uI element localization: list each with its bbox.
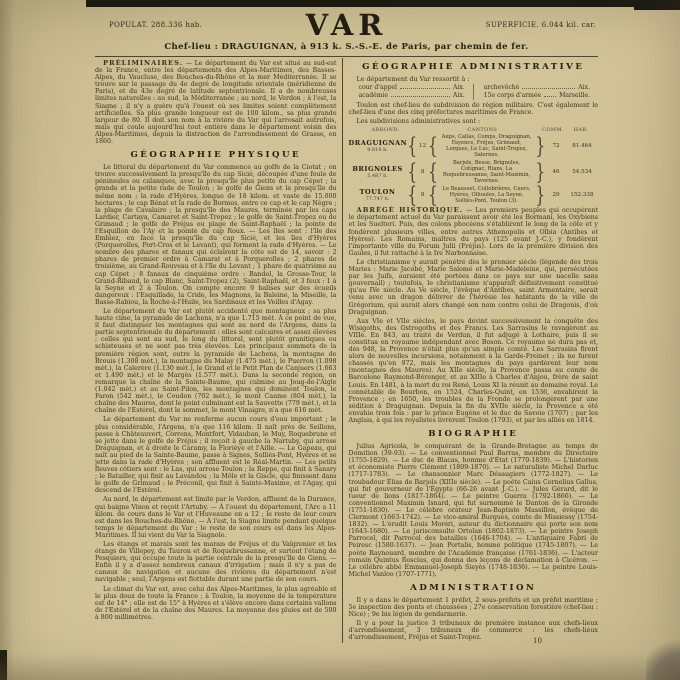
communes-count: 72 [546,143,566,149]
right-column: GÉOGRAPHIE ADMINISTRATIVE Le département… [342,58,598,643]
scan-artifact-top-strip [86,0,680,7]
brace-glyph: } [534,161,546,184]
arrondissement-pop: 9.816 h. [349,147,407,153]
preliminaires-paragraph: PRÉLIMINAIRES. — Le département du Var e… [95,60,337,145]
paragraph-etangs: Les étangs et marais sont les marais de … [95,541,337,584]
arrondissement-pop: 77.747 h. [349,196,407,202]
subdivisions-table-header: ARROND. CANTONS COMM. HAB. [349,127,598,133]
ressortit-label: 15e corps d'armée [484,92,541,100]
ressortit-value: Aix. [453,92,465,100]
habitants-count: 54.534 [566,169,598,175]
ressortit-row: 15e corps d'arméeMarseille. [484,92,590,100]
section-heading-geographie-administrative: GÉOGRAPHIE ADMINISTRATIVE [349,62,598,72]
toulon-note: Toulon est chef-lieu de subdivision de r… [349,102,598,116]
ressortit-label: cour d'appel [359,84,397,92]
header-comm: COMM. [542,127,564,133]
ressortit-value: Aix. [578,84,590,92]
superficie-label: SUPERFICIE. 6.044 kil. car. [486,21,596,29]
header-hab: HAB. [564,127,598,133]
paragraph-climat: Le climat du Var est, avec celui des Alp… [95,586,337,621]
scanned-page-photo: POPULAT. 288.336 hab. SUPERFICIE. 6.044 … [0,0,680,680]
ressortit-intro: Le département du Var ressortit à : [349,76,598,83]
arrondissement-name: BRIGNOLES5.487 h. [349,165,407,179]
section-heading-geographie-physique: GÉOGRAPHIE PHYSIQUE [95,150,337,160]
habitants-count: 152.338 [566,192,598,198]
brace-glyph: { [427,184,439,207]
abrege-paragraph-1: ABRÉGÉ HISTORIQUE. — Les premiers peuple… [349,207,598,257]
cantons-list: Aups, Callas, Comps, Draguignan, Fayence… [439,134,535,158]
cantons-count: 12 [418,143,427,149]
brace-glyph: { [407,184,419,207]
paragraph-cours-eau: Le département du Var ne renferme aucun … [95,416,337,494]
arrondissement-name: TOULON77.747 h. [349,188,407,202]
subdivisions-intro: Les subdivisions administratives sont : [349,118,598,125]
arrondissement-pop: 5.487 h. [349,173,407,179]
preliminaires-heading: PRÉLIMINAIRES. [103,59,183,67]
brace-glyph: { [427,135,439,158]
ressortit-value: Marseille. [559,92,590,100]
header-rule [95,56,598,57]
cantons-list: Le Beausset, Collobrières, Cuers, Hyères… [439,186,535,204]
ressortit-label: archevêché [484,84,519,92]
habitants-count: 81.464 [566,143,598,149]
preliminaires-text: — Le département du Var est situé au sud… [95,60,337,145]
brace-glyph: { [407,161,419,184]
brace-glyph: } [534,135,546,158]
section-heading-biographie: BIOGRAPHIE [349,429,598,439]
table-row: BRIGNOLES5.487 h. { 8 { Barjols, Besse, … [349,160,598,184]
left-column: PRÉLIMINAIRES. — Le département du Var e… [95,58,342,643]
arrondissement-name: DRAGUIGNAN9.816 h. [349,139,407,153]
ressortit-row: cour d'appelAix. [359,84,465,92]
ressortit-row: archevêchéAix. [484,84,590,92]
ressortit-right-col: archevêchéAix. 15e corps d'arméeMarseill… [473,84,598,100]
table-row: TOULON77.747 h. { 8 { Le Beausset, Collo… [349,186,598,204]
ressortit-left-col: cour d'appelAix. académieAix. [349,84,473,100]
abrege-paragraph-3: Aux VIe et VIIe siècles, le pays devint … [349,318,598,424]
subdivisions-table: ARROND. CANTONS COMM. HAB. DRAGUIGNAN9.8… [349,127,598,204]
communes-count: 46 [546,169,566,175]
section-heading-administration: ADMINISTRATION [349,583,598,593]
brace-glyph: { [407,135,419,158]
ressortit-label: académie [359,92,389,100]
paragraph-littoral: Le littoral du département du Var commen… [95,164,337,306]
paragraph-montagnes: Le département du Var est plutôt acciden… [95,308,337,414]
paragraph-bassins-voisins: Au nord, le département est limité par l… [95,496,337,539]
scan-shadow-left [0,0,14,680]
abrege-paragraph-2: Le christianisme y aurait pénétré dès le… [349,259,598,316]
brace-glyph: { [427,161,439,184]
brace-glyph: } [534,184,546,207]
dotted-leader [522,88,575,89]
dotted-leader [544,96,556,97]
page-number: 10 [533,637,542,645]
cantons-list: Barjols, Besse, Brignoles, Cotignac, Ria… [439,160,535,184]
header-cantons: CANTONS [423,127,542,133]
document-page: POPULAT. 288.336 hab. SUPERFICIE. 6.044 … [95,10,598,660]
biographie-paragraph: Julius Agricola, le conquérant de la Gra… [349,443,598,578]
scan-artifact-top-right [634,0,680,10]
dotted-leader [400,88,450,89]
abrege-text-1: — Les premiers peuples qui occupèrent le… [349,207,598,257]
table-row: DRAGUIGNAN9.816 h. { 12 { Aups, Callas, … [349,134,598,158]
ressortit-value: Aix. [453,84,465,92]
cantons-count: 8 [418,169,427,175]
administration-paragraph-1: Il y a dans le département 1 préfet, 2 s… [349,597,598,618]
dotted-leader [391,96,450,97]
ressortit-table: cour d'appelAix. académieAix. archevêché… [349,84,598,100]
two-column-layout: PRÉLIMINAIRES. — Le département du Var e… [95,58,598,643]
ressortit-row: académieAix. [359,92,465,100]
cantons-count: 8 [418,192,427,198]
administration-paragraph-2: Il y a pour la justice 3 tribunaux de pr… [349,620,598,641]
population-label: POPULAT. 288.336 hab. [109,21,202,29]
communes-count: 29 [546,192,566,198]
chef-lieu-line: Chef-lieu : DRAGUIGNAN, à 913 k. S.-S.-E… [95,42,598,52]
